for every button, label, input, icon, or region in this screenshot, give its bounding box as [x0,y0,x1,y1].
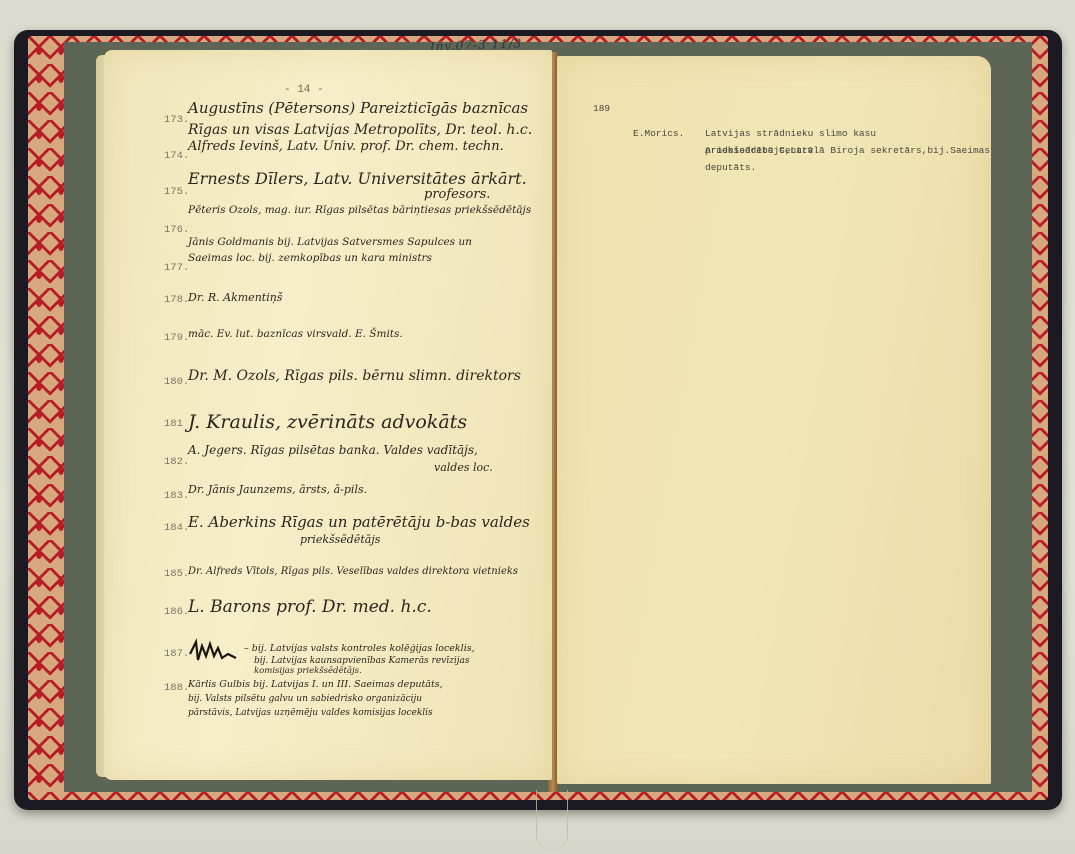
entry-text: Augustīns (Pētersons) Pareizticīgās bazn… [188,100,538,117]
page-number: 189 [593,100,610,117]
entry-name: E.Morics. [633,125,684,142]
right-page: 189 E.Morics. Latvijas strādnieku slimo … [557,56,991,784]
entry-line2: Arodbiedrību Centrālā Biroja sekretārs,b… [705,142,990,159]
signature-mark [188,638,238,670]
signature-icon [188,638,238,666]
binding-string [536,790,568,850]
entry-line3: deputāts. [705,159,756,176]
page-number: - 14 - [284,84,324,96]
left-page: - 14 - 173. Augustīns (Pētersons) Pareiz… [104,50,552,780]
entry-text-line2: Rīgas un visas Latvijas Metropolīts, Dr.… [188,122,538,138]
